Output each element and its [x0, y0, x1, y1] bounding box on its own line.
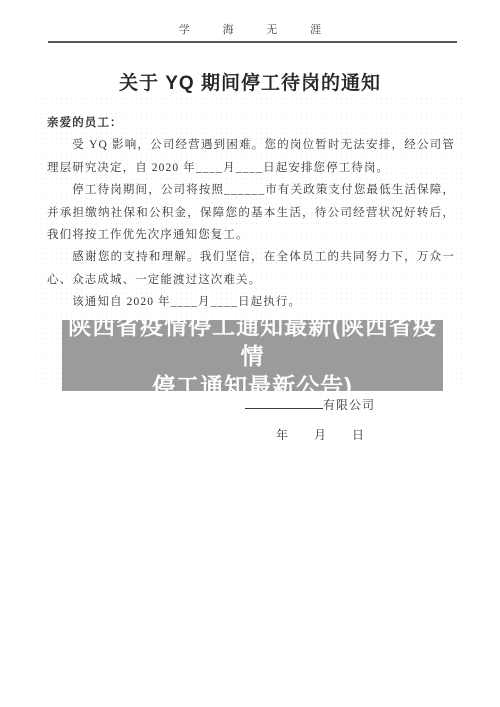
watermark-title-banner: 陕西省疫情停工通知最新(陕西省疫情 停工通知最新公告): [62, 320, 443, 391]
notice-title: 关于 YQ 期间停工待岗的通知: [0, 68, 500, 95]
paragraph-living-allowance: 停工待岗期间，公司将按照______市有关政策支付您最低生活保障，并承担缴纳社保…: [47, 179, 455, 246]
masthead-divider-line: [48, 41, 457, 43]
paragraph-thanks: 感谢您的支持和理解。我们坚信，在全体员工的共同努力下，万众一心、众志成城、一定能…: [47, 246, 455, 291]
masthead-motto: 学 海 无 涯: [0, 21, 500, 37]
date-day-label: 日: [352, 426, 364, 443]
date-year-label: 年: [276, 426, 288, 443]
notice-document-page: 学 海 无 涯 关于 YQ 期间停工待岗的通知 亲爱的员工： 受 YQ 影响，公…: [0, 0, 500, 707]
paragraph-work-suspension-decision: 受 YQ 影响，公司经营遇到困难。您的岗位暂时无法安排，经公司管理层研究决定，自…: [47, 134, 455, 179]
watermark-title-line2: 停工通知最新公告): [152, 371, 353, 401]
notice-body: 亲爱的员工： 受 YQ 影响，公司经营遇到困难。您的岗位暂时无法安排，经公司管理…: [47, 112, 455, 314]
salutation: 亲爱的员工：: [47, 112, 455, 134]
watermark-title-line1: 陕西省疫情停工通知最新(陕西省疫情: [62, 311, 443, 371]
signature-date-line: 年月日: [276, 426, 364, 443]
date-month-label: 月: [314, 426, 326, 443]
